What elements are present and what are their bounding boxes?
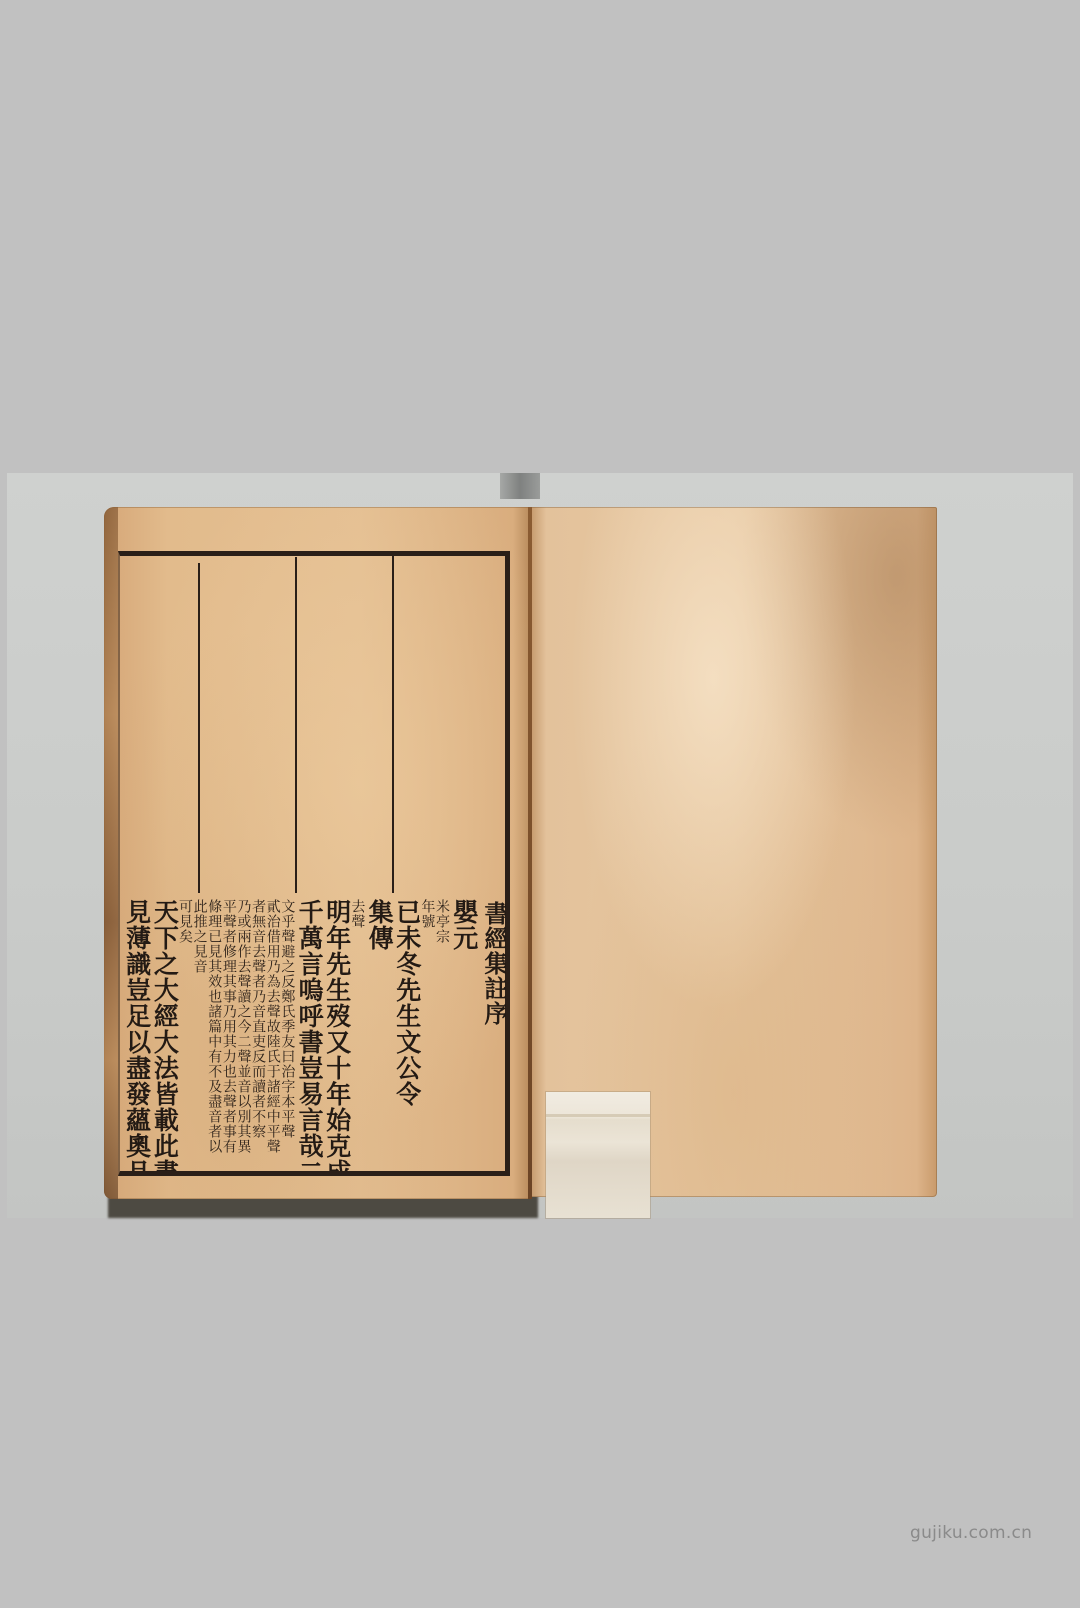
annotation-column: 條理已見其效也諸篇中有不及盡音者以: [207, 899, 222, 1171]
text-column: 千萬言嗚呼書豈易言哉二帝三王: [294, 899, 322, 1171]
column-rule: [198, 563, 200, 893]
annotation-column: 平聲者修理其事乃用其力也去聲者事有: [221, 899, 236, 1171]
book-gutter: [528, 507, 532, 1199]
text-column: 已未冬先生文公令: [392, 899, 420, 1171]
annotation-column: 貳治借用乃為去聲故陸氏于諸經中平聲: [265, 899, 280, 1171]
annotation-column: 者無音去聲者乃音直吏反而讀者不察: [250, 899, 265, 1171]
annotation-column: 年號: [420, 899, 435, 1171]
preface-title: 書經集註序: [477, 899, 506, 1171]
attached-paper-slip: [546, 1092, 650, 1218]
annotation-column: 可見矣: [177, 899, 192, 1171]
watermark: gujiku.com.cn: [910, 1523, 1032, 1543]
text-column: 集傳: [364, 899, 392, 1171]
slip-fold: [546, 1114, 650, 1117]
annotation-column: 去聲: [350, 899, 365, 1171]
annotation-column: 文乎聲避之反鄭氏季友曰治字本平聲: [280, 899, 295, 1171]
text-column: 明年先生歿又十年始克成編總若: [322, 899, 350, 1171]
column-rule: [392, 555, 394, 893]
page-edge-stain: [104, 507, 118, 1199]
text-column: 見薄識豈足以盡發蘊奧且生于數千載之: [122, 899, 150, 1171]
annotation-column: 米亭宗: [434, 899, 449, 1171]
preface-text: 書經集註序 嬰元 米亭宗 年號 已未冬先生文公令 集傳 去聲 明年先生歿又十年始…: [122, 899, 506, 1171]
annotation-column: 此推之見音: [192, 899, 207, 1171]
annotation-column: 乃或兩作去聲讀之今二聲並音以別其異: [236, 899, 251, 1171]
column-rule: [295, 557, 297, 893]
text-column: 天下之大經大法皆載此書而淺: [150, 899, 178, 1171]
text-column: 嬰元: [449, 899, 477, 1171]
left-page: 書經集註序 嬰元 米亭宗 年號 已未冬先生文公令 集傳 去聲 明年先生歿又十年始…: [104, 507, 530, 1199]
spine-shadow: [500, 473, 540, 499]
